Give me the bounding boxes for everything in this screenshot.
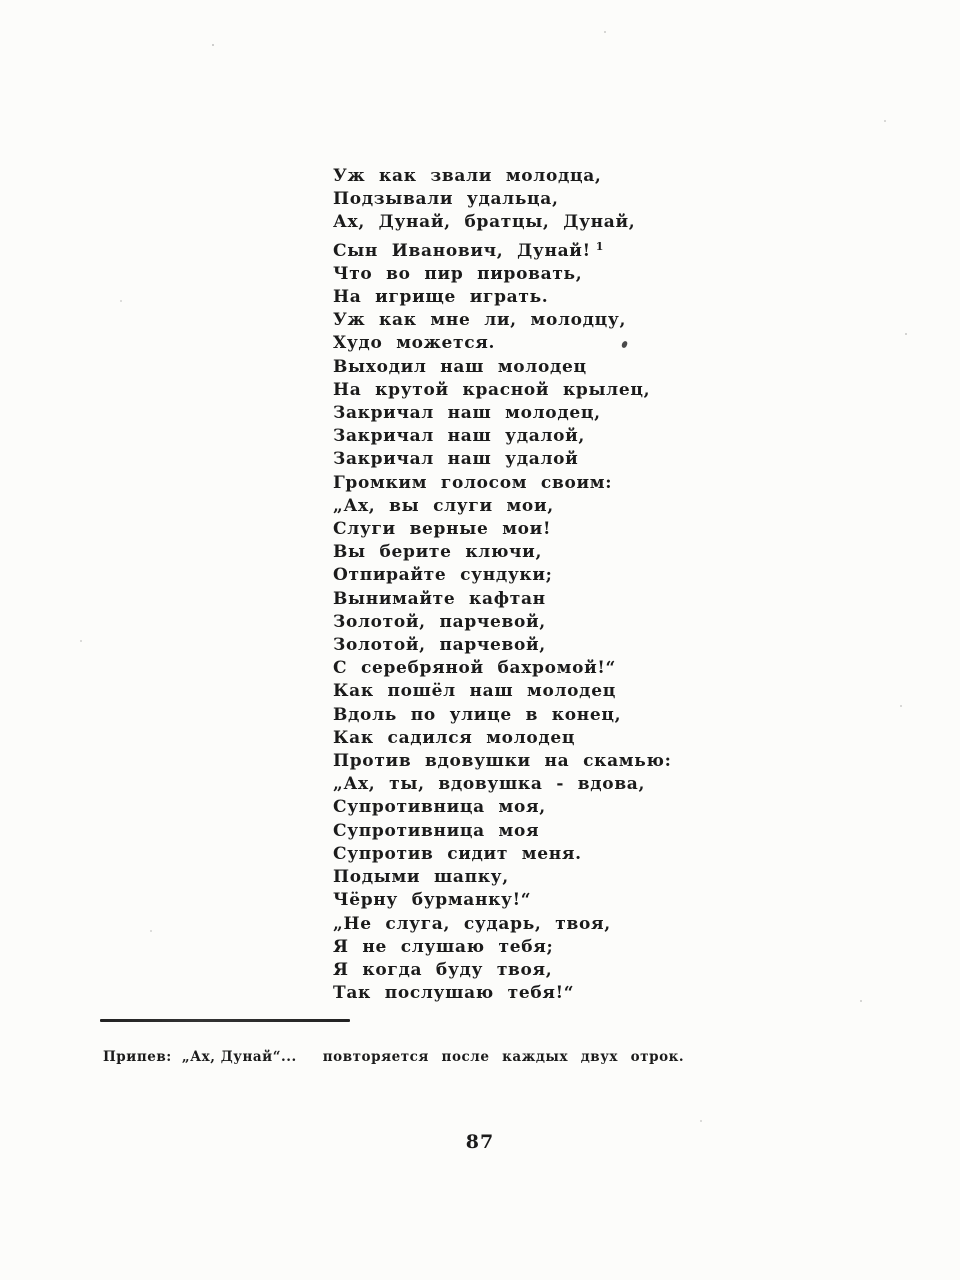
poem-line-text: Вы берите ключи,: [333, 542, 542, 562]
poem-line: Слуги верные мои!: [333, 518, 753, 541]
page-number: 87: [0, 1131, 960, 1153]
poem-line-text: Худо можется.: [333, 333, 495, 353]
poem-line-text: Выходил наш молодец: [333, 357, 587, 377]
poem-line: Вы берите ключи,: [333, 541, 753, 564]
poem-line: Закричал наш удалой,: [333, 425, 753, 448]
poem-line-text: Подыми шапку,: [333, 867, 509, 887]
poem-line-text: Чёрну бурманку!“: [333, 890, 531, 910]
poem-line-text: Отпирайте сундуки;: [333, 565, 553, 585]
poem-line: С серебряной бахромой!“: [333, 657, 753, 680]
poem-line: Отпирайте сундуки;: [333, 564, 753, 587]
poem-line: „Не слуга, сударь, твоя,: [333, 913, 753, 936]
poem-line: Вынимайте кафтан: [333, 588, 753, 611]
poem-line: Супротивница моя,: [333, 796, 753, 819]
poem-line-text: „Ах, ты, вдовушка - вдова,: [333, 774, 645, 794]
poem-line-text: Я когда буду твоя,: [333, 960, 552, 980]
poem-line-text: Закричал наш удалой,: [333, 426, 585, 446]
poem-line: Подзывали удальца,: [333, 188, 753, 211]
book-page: Уж как звали молодца, Подзывали удальца,…: [0, 0, 960, 1280]
poem-line-text: Закричал наш молодец,: [333, 403, 601, 423]
poem-line-text: Так послушаю тебя!“: [333, 983, 574, 1003]
poem-line-text: Как садился молодец: [333, 728, 575, 748]
poem-line: Что во пир пировать,: [333, 263, 753, 286]
poem-line-text: Сын Иванович, Дунай!: [333, 241, 591, 261]
poem-line: Выходил наш молодец: [333, 356, 753, 379]
poem-line: Как садился молодец: [333, 727, 753, 750]
poem-line-text: Закричал наш удалой: [333, 449, 578, 469]
poem-line: Я не слушаю тебя;: [333, 936, 753, 959]
poem-line: Ах, Дунай, братцы, Дунай,: [333, 211, 753, 234]
poem-line: На крутой красной крылец,: [333, 379, 753, 402]
poem-line: Закричал наш молодец,: [333, 402, 753, 425]
poem-line-text: Как пошёл наш молодец: [333, 681, 616, 701]
poem-line-text: Золотой, парчевой,: [333, 635, 546, 655]
poem-line: „Ах, ты, вдовушка - вдова,: [333, 773, 753, 796]
poem-line: Вдоль по улице в конец,: [333, 704, 753, 727]
poem-line-text: На игрище играть.: [333, 287, 548, 307]
poem-line-text: „Не слуга, сударь, твоя,: [333, 914, 611, 934]
footnote-quote: „Ах, Дунай“...: [182, 1049, 297, 1065]
poem-line-text: Против вдовушки на скамью:: [333, 751, 672, 771]
poem-line-text: Я не слушаю тебя;: [333, 937, 553, 957]
poem-line-text: Уж как звали молодца,: [333, 166, 602, 186]
poem-line: Уж как звали молодца,: [333, 165, 753, 188]
poem-line-text: С серебряной бахромой!“: [333, 658, 616, 678]
scan-noise: [0, 0, 2, 2]
poem-line-text: Слуги верные мои!: [333, 519, 551, 539]
poem-line-text: Вынимайте кафтан: [333, 589, 546, 609]
poem-line: Сын Иванович, Дунай!1: [333, 235, 753, 263]
poem-line-text: Супротивница моя,: [333, 797, 546, 817]
poem-line: Уж как мне ли, молодцу,: [333, 309, 753, 332]
poem-line: На игрище играть.: [333, 286, 753, 309]
footnote-text: повторяется после каждых двух отрок.: [323, 1049, 684, 1065]
poem-line: Супротивница моя: [333, 820, 753, 843]
poem-line: Против вдовушки на скамью:: [333, 750, 753, 773]
poem-line-text: Золотой, парчевой,: [333, 612, 546, 632]
poem-line-text: Супротив сидит меня.: [333, 844, 582, 864]
poem-line-text: Подзывали удальца,: [333, 189, 559, 209]
poem-line-text: Вдоль по улице в конец,: [333, 705, 621, 725]
poem-line: Я когда буду твоя,: [333, 959, 753, 982]
poem-line-text: Уж как мне ли, молодцу,: [333, 310, 626, 330]
footnote: Припев:„Ах, Дунай“...повторяется после к…: [103, 1049, 803, 1065]
poem-line: Так послушаю тебя!“: [333, 982, 753, 1005]
poem-line: Золотой, парчевой,: [333, 611, 753, 634]
poem-line: Супротив сидит меня.: [333, 843, 753, 866]
poem-line: Подыми шапку,: [333, 866, 753, 889]
footnote-rule: [100, 1019, 350, 1022]
poem-line: Как пошёл наш молодец: [333, 680, 753, 703]
poem-line: „Ах, вы слуги мои,: [333, 495, 753, 518]
poem-line-text: Супротивница моя: [333, 821, 539, 841]
poem-line: Закричал наш удалой: [333, 448, 753, 471]
poem-line-text: Громким голосом своим:: [333, 473, 612, 493]
poem-line-text: Ах, Дунай, братцы, Дунай,: [333, 212, 635, 232]
poem-line: Громким голосом своим:: [333, 472, 753, 495]
poem-line: Худо можется.: [333, 332, 753, 355]
poem-line-text: Что во пир пировать,: [333, 264, 582, 284]
poem-line-text: „Ах, вы слуги мои,: [333, 496, 554, 516]
footnote-marker-sup: 1: [596, 240, 604, 253]
poem-line: Золотой, парчевой,: [333, 634, 753, 657]
poem-line-text: На крутой красной крылец,: [333, 380, 650, 400]
footnote-label: Припев:: [103, 1049, 172, 1065]
poem-line: Чёрну бурманку!“: [333, 889, 753, 912]
poem: Уж как звали молодца, Подзывали удальца,…: [333, 165, 753, 1005]
